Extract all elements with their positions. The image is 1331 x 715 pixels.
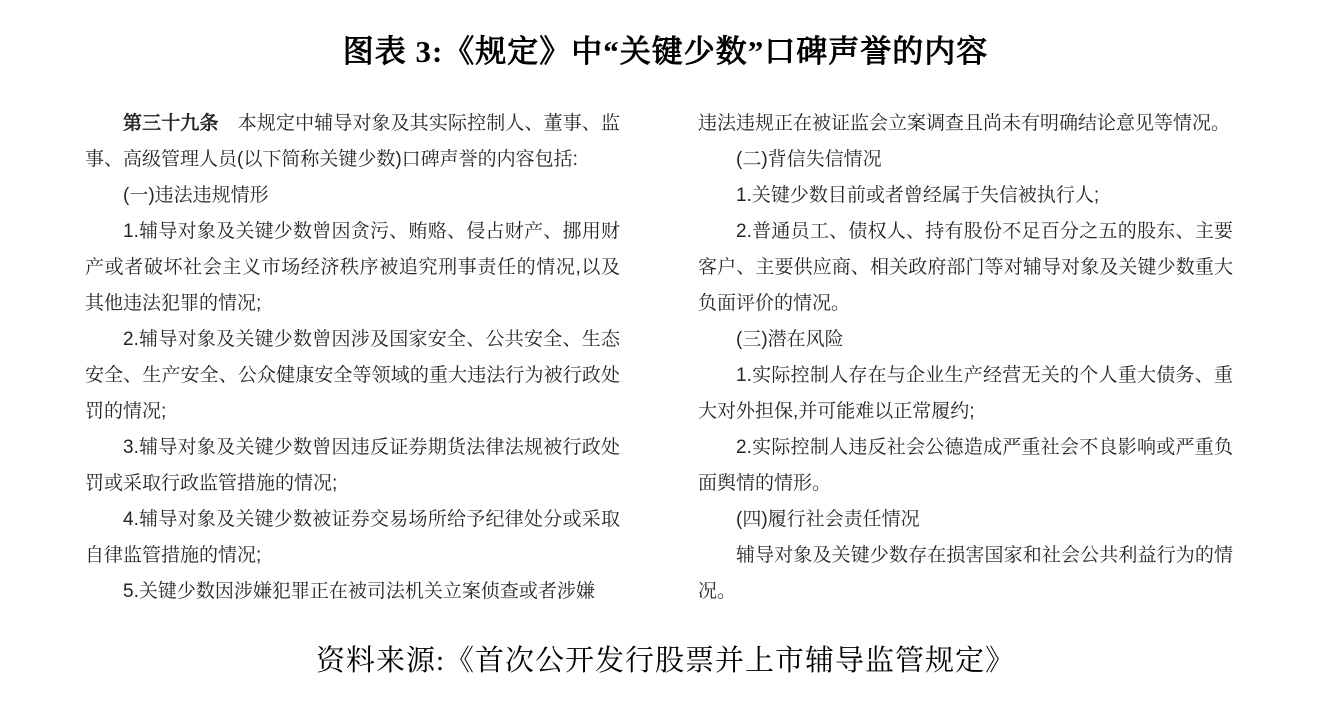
- article-number: 第三十九条: [123, 113, 219, 134]
- item-1-5-start: 5.关键少数因涉嫌犯罪正在被司法机关立案侦查或者涉嫌: [85, 574, 620, 610]
- item-2-2: 2.普通员工、债权人、持有股份不足百分之五的股东、主要客户、主要供应商、相关政府…: [698, 214, 1233, 322]
- item-1-2: 2.辅导对象及关键少数曾因涉及国家安全、公共安全、生态安全、生产安全、公众健康安…: [85, 322, 620, 430]
- item-2-1: 1.关键少数目前或者曾经属于失信被执行人;: [698, 178, 1233, 214]
- subsection-2-heading: (二)背信失信情况: [698, 142, 1233, 178]
- subsection-4-body: 辅导对象及关键少数存在损害国家和社会公共利益行为的情况。: [698, 538, 1233, 610]
- subsection-3-heading: (三)潜在风险: [698, 322, 1233, 358]
- two-column-text-block: 第三十九条 本规定中辅导对象及其实际控制人、董事、监事、高级管理人员(以下简称关…: [85, 106, 1233, 610]
- item-1-1: 1.辅导对象及关键少数曾因贪污、贿赂、侵占财产、挪用财产或者破坏社会主义市场经济…: [85, 214, 620, 322]
- right-column: 违法违规正在被证监会立案调查且尚未有明确结论意见等情况。 (二)背信失信情况 1…: [698, 106, 1233, 610]
- subsection-4-heading: (四)履行社会责任情况: [698, 502, 1233, 538]
- subsection-1-heading: (一)违法违规情形: [85, 178, 620, 214]
- left-column: 第三十九条 本规定中辅导对象及其实际控制人、董事、监事、高级管理人员(以下简称关…: [85, 106, 620, 610]
- figure-title: 图表 3:《规定》中“关键少数”口碑声誉的内容: [0, 33, 1331, 71]
- item-1-4: 4.辅导对象及关键少数被证券交易场所给予纪律处分或采取自律监管措施的情况;: [85, 502, 620, 574]
- item-1-5-continuation: 违法违规正在被证监会立案调查且尚未有明确结论意见等情况。: [698, 106, 1233, 142]
- item-3-1: 1.实际控制人存在与企业生产经营无关的个人重大债务、重大对外担保,并可能难以正常…: [698, 358, 1233, 430]
- document-page: 图表 3:《规定》中“关键少数”口碑声誉的内容 第三十九条 本规定中辅导对象及其…: [0, 0, 1331, 715]
- item-3-2: 2.实际控制人违反社会公德造成严重社会不良影响或严重负面舆情的情形。: [698, 430, 1233, 502]
- source-note: 资料来源:《首次公开发行股票并上市辅导监管规定》: [0, 641, 1331, 681]
- item-1-3: 3.辅导对象及关键少数曾因违反证券期货法律法规被行政处罚或采取行政监管措施的情况…: [85, 430, 620, 502]
- article-39-paragraph: 第三十九条 本规定中辅导对象及其实际控制人、董事、监事、高级管理人员(以下简称关…: [85, 106, 620, 178]
